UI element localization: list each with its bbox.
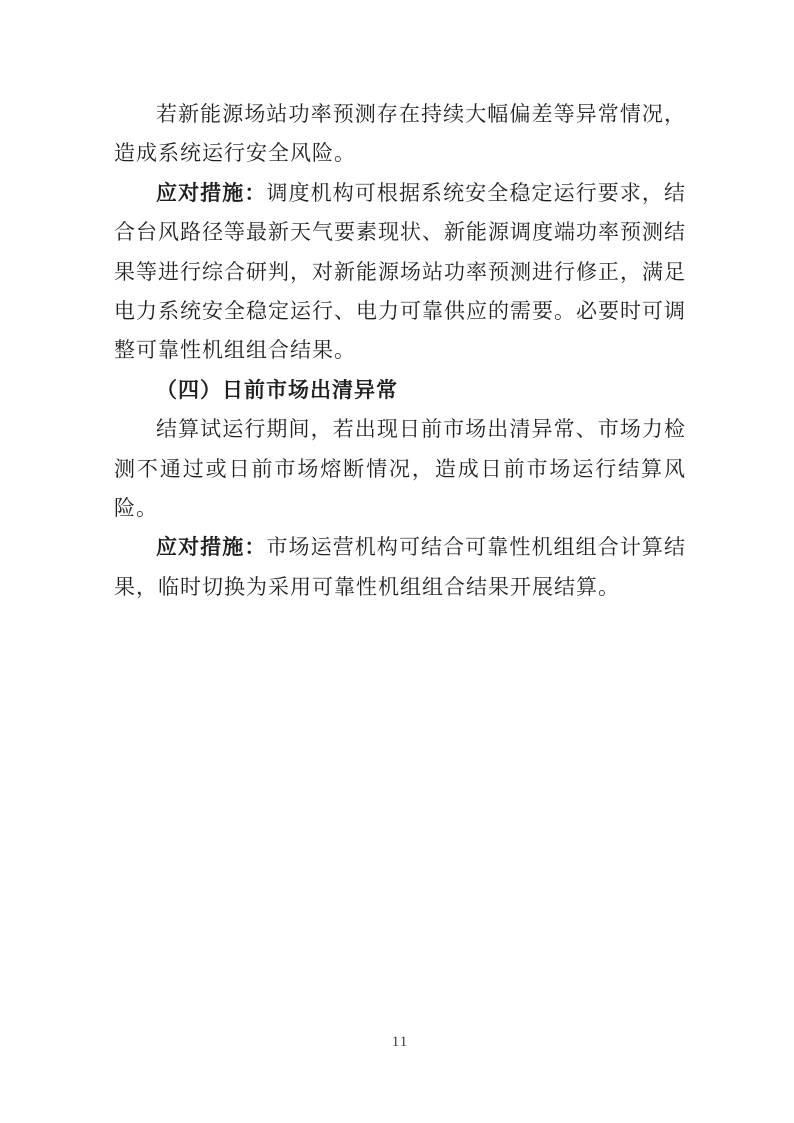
- body-text: 结算试运行期间，若出现日前市场出清异常、市场力检测不通过或日前市场熔断情况，造成…: [114, 417, 686, 520]
- heading-text: （四）日前市场出清异常: [156, 378, 398, 402]
- document-page: 若新能源场站功率预测存在持续大幅偏差等异常情况，造成系统运行安全风险。 应对措施…: [0, 0, 794, 1123]
- document-body: 若新能源场站功率预测存在持续大幅偏差等异常情况，造成系统运行安全风险。 应对措施…: [114, 95, 686, 607]
- page-number: 11: [392, 1034, 408, 1050]
- section-heading: （四）日前市场出清异常: [114, 371, 686, 410]
- measures-label: 应对措施：: [156, 181, 266, 205]
- page-footer: 11: [114, 1031, 686, 1053]
- paragraph-risk-power-forecast: 若新能源场站功率预测存在持续大幅偏差等异常情况，造成系统运行安全风险。: [114, 95, 686, 174]
- paragraph-measures-dispatch: 应对措施：调度机构可根据系统安全稳定运行要求，结合台风路径等最新天气要素现状、新…: [114, 174, 686, 371]
- body-text: 调度机构可根据系统安全稳定运行要求，结合台风路径等最新天气要素现状、新能源调度端…: [114, 181, 686, 363]
- paragraph-risk-market-clearing: 结算试运行期间，若出现日前市场出清异常、市场力检测不通过或日前市场熔断情况，造成…: [114, 410, 686, 528]
- paragraph-measures-market: 应对措施：市场运营机构可结合可靠性机组组合计算结果，临时切换为采用可靠性机组组合…: [114, 528, 686, 607]
- measures-label: 应对措施：: [156, 535, 266, 559]
- body-text: 若新能源场站功率预测存在持续大幅偏差等异常情况，造成系统运行安全风险。: [114, 102, 686, 165]
